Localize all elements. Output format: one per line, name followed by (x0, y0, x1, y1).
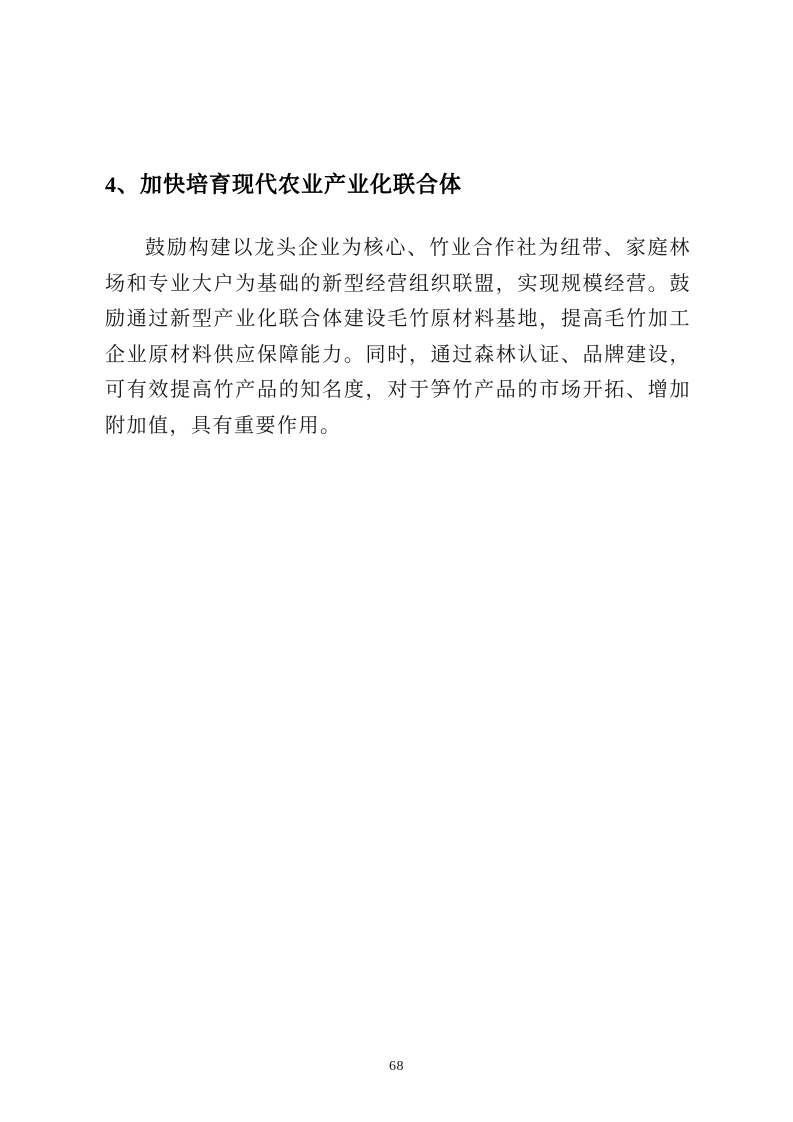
document-content: 4、加快培育现代农业产业化联合体 鼓励构建以龙头企业为核心、竹业合作社为纽带、家… (105, 170, 691, 444)
document-page: 4、加快培育现代农业产业化联合体 鼓励构建以龙头企业为核心、竹业合作社为纽带、家… (0, 0, 793, 1122)
page-number: 68 (389, 1059, 404, 1074)
body-paragraph: 鼓励构建以龙头企业为核心、竹业合作社为纽带、家庭林场和专业大户为基础的新型经营组… (105, 231, 691, 444)
section-heading: 4、加快培育现代农业产业化联合体 (105, 170, 691, 200)
page-footer: 68 (0, 1057, 793, 1075)
